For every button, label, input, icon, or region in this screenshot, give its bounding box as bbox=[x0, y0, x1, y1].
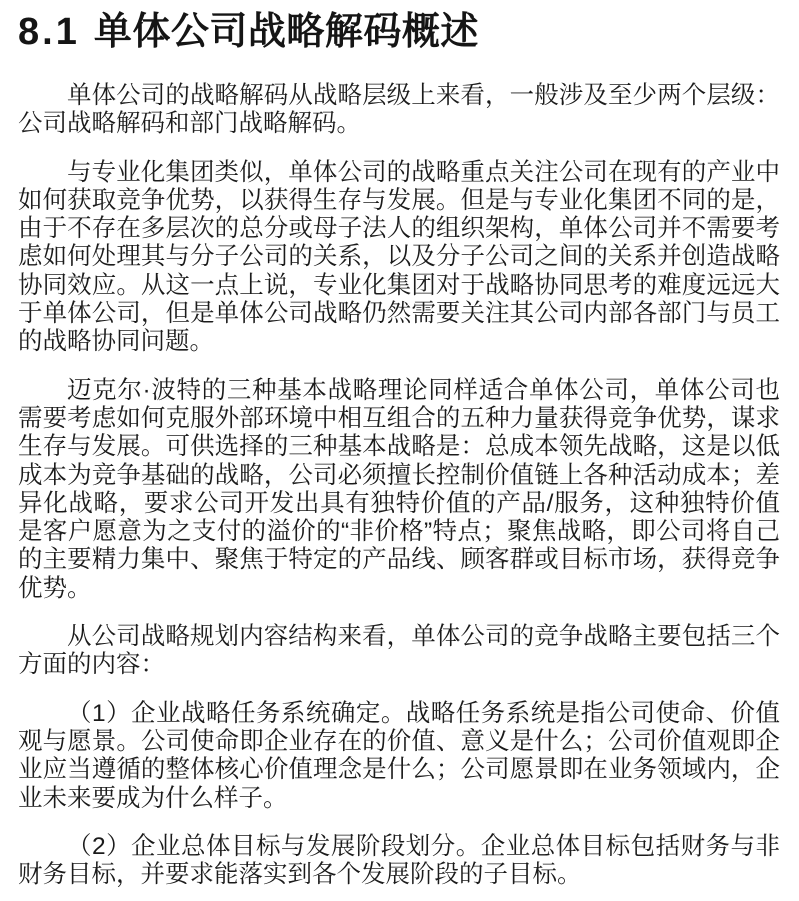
document-page: 8.1单体公司战略解码概述 单体公司的战略解码从战略层级上来看，一般涉及至少两个… bbox=[0, 0, 799, 901]
paragraph: 单体公司的战略解码从战略层级上来看，一般涉及至少两个层级：公司战略解码和部门战略… bbox=[18, 82, 780, 139]
paragraph: （1）企业战略任务系统确定。战略任务系统是指公司使命、价值观与愿景。公司使命即企… bbox=[18, 700, 780, 813]
section-number: 8.1 bbox=[18, 11, 80, 53]
section-heading: 8.1单体公司战略解码概述 bbox=[18, 5, 780, 56]
paragraph: 迈克尔·波特的三种基本战略理论同样适合单体公司，单体公司也需要考虑如何克服外部环… bbox=[18, 377, 780, 603]
section-title: 单体公司战略解码概述 bbox=[94, 11, 479, 53]
paragraph: 与专业化集团类似，单体公司的战略重点关注公司在现有的产业中如何获取竞争优势，以获… bbox=[18, 159, 780, 357]
paragraph: （2）企业总体目标与发展阶段划分。企业总体目标包括财务与非财务目标，并要求能落实… bbox=[18, 833, 780, 890]
paragraph: 从公司战略规划内容结构来看，单体公司的竞争战略主要包括三个方面的内容： bbox=[18, 623, 780, 680]
document-body: 单体公司的战略解码从战略层级上来看，一般涉及至少两个层级：公司战略解码和部门战略… bbox=[18, 82, 780, 889]
